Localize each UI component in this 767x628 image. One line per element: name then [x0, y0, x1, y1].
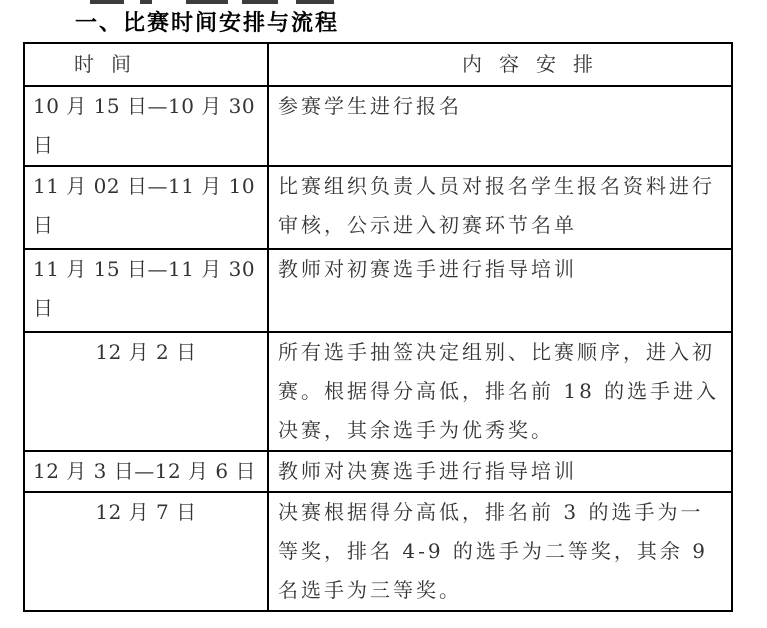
table-row: 10 月 15 日—10 月 30 日 参赛学生进行报名 — [24, 86, 732, 166]
time-column-header: 时间 — [24, 43, 268, 86]
section-heading: 一、比赛时间安排与流程 — [75, 6, 339, 37]
time-cell: 10 月 15 日—10 月 30 日 — [24, 86, 268, 166]
time-cell: 12 月 3 日—12 月 6 日 — [24, 451, 268, 492]
time-cell: 12 月 7 日 — [24, 492, 268, 611]
time-cell: 12 月 2 日 — [24, 332, 268, 451]
cut-off-text-fragment — [90, 0, 334, 4]
content-cell: 参赛学生进行报名 — [268, 86, 732, 166]
content-cell: 决赛根据得分高低，排名前 3 的选手为一等奖，排名 4-9 的选手为二等奖，其余… — [268, 492, 732, 611]
table-row: 12 月 2 日 所有选手抽签决定组别、比赛顺序，进入初赛。根据得分高低，排名前… — [24, 332, 732, 451]
table-row: 12 月 7 日 决赛根据得分高低，排名前 3 的选手为一等奖，排名 4-9 的… — [24, 492, 732, 611]
content-cell: 教师对决赛选手进行指导培训 — [268, 451, 732, 492]
content-cell: 教师对初赛选手进行指导培训 — [268, 249, 732, 332]
header-row: 时间 内容安排 — [24, 43, 732, 86]
table-body: 10 月 15 日—10 月 30 日 参赛学生进行报名 11 月 02 日—1… — [24, 86, 732, 611]
content-cell: 所有选手抽签决定组别、比赛顺序，进入初赛。根据得分高低，排名前 18 的选手进入… — [268, 332, 732, 451]
table-row: 11 月 02 日—11 月 10 日 比赛组织负责人员对报名学生报名资料进行审… — [24, 166, 732, 249]
schedule-table: 时间 内容安排 10 月 15 日—10 月 30 日 参赛学生进行报名 11 … — [23, 42, 733, 612]
content-cell: 比赛组织负责人员对报名学生报名资料进行审核，公示进入初赛环节名单 — [268, 166, 732, 249]
schedule-table-header: 时间 内容安排 — [24, 43, 732, 86]
table-row: 11 月 15 日—11 月 30 日 教师对初赛选手进行指导培训 — [24, 249, 732, 332]
content-column-header: 内容安排 — [268, 43, 732, 86]
time-cell: 11 月 02 日—11 月 10 日 — [24, 166, 268, 249]
table-row: 12 月 3 日—12 月 6 日 教师对决赛选手进行指导培训 — [24, 451, 732, 492]
time-cell: 11 月 15 日—11 月 30 日 — [24, 249, 268, 332]
